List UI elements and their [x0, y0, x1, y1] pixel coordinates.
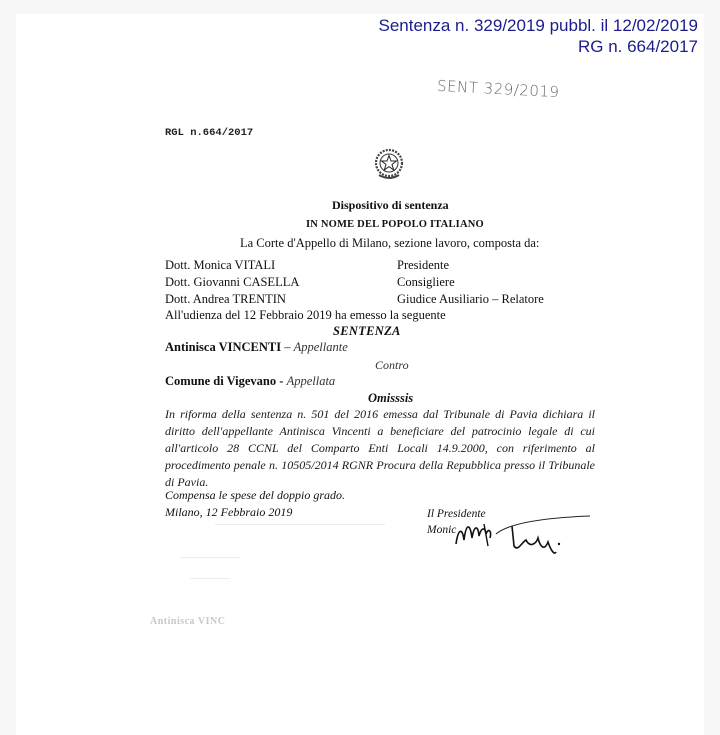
faded-line [215, 524, 385, 525]
judge-name: Dott. Monica VITALI [165, 258, 275, 273]
judge-role: Giudice Ausiliario – Relatore [397, 292, 544, 307]
appellant-separator: – [281, 340, 294, 354]
document-subtitle: IN NOME DEL POPOLO ITALIANO [306, 219, 484, 230]
faded-line [190, 578, 230, 579]
judge-role: Presidente [397, 258, 449, 273]
document-title: Dispositivo di sentenza [332, 198, 449, 213]
judge-name: Dott. Andrea TRENTIN [165, 292, 286, 307]
appellee-line: Comune di Vigevano - Appellata [165, 374, 335, 389]
president-signature-icon [448, 512, 598, 562]
judge-name: Dott. Giovanni CASELLA [165, 275, 299, 290]
contro-label: Contro [375, 358, 409, 373]
appellant-line: Antinisca VINCENTI – Appellante [165, 340, 348, 355]
stamp-rg-number: RG n. 664/2017 [379, 36, 699, 57]
stamp-sentence-number: Sentenza n. 329/2019 pubbl. il 12/02/201… [379, 15, 699, 36]
appellant-role: Appellante [294, 340, 348, 354]
rgl-number: RGL n.664/2017 [165, 127, 253, 139]
publication-stamp: Sentenza n. 329/2019 pubbl. il 12/02/201… [379, 15, 699, 57]
judge-role: Consigliere [397, 275, 455, 290]
court-composition-intro: La Corte d'Appello di Milano, sezione la… [240, 236, 539, 251]
document-page [16, 14, 704, 735]
faded-bleedthrough-text: Antinisca VINC [150, 616, 225, 627]
ruling-text: In riforma della sentenza n. 501 del 201… [165, 406, 595, 491]
omissis-heading: Omisssis [368, 391, 413, 406]
italian-republic-emblem-icon [373, 148, 405, 182]
costs-statement: Compensa le spese del doppio grado. [165, 488, 345, 503]
appellee-role: Appellata [287, 374, 336, 388]
sentenza-heading: SENTENZA [333, 324, 401, 339]
appellant-name: Antinisca VINCENTI [165, 340, 281, 354]
place-and-date: Milano, 12 Febbraio 2019 [165, 505, 292, 520]
hearing-statement: All'udienza del 12 Febbraio 2019 ha emes… [165, 308, 446, 323]
appellee-name: Comune di Vigevano [165, 374, 276, 388]
appellee-separator: - [276, 374, 286, 388]
faded-line [180, 557, 240, 558]
